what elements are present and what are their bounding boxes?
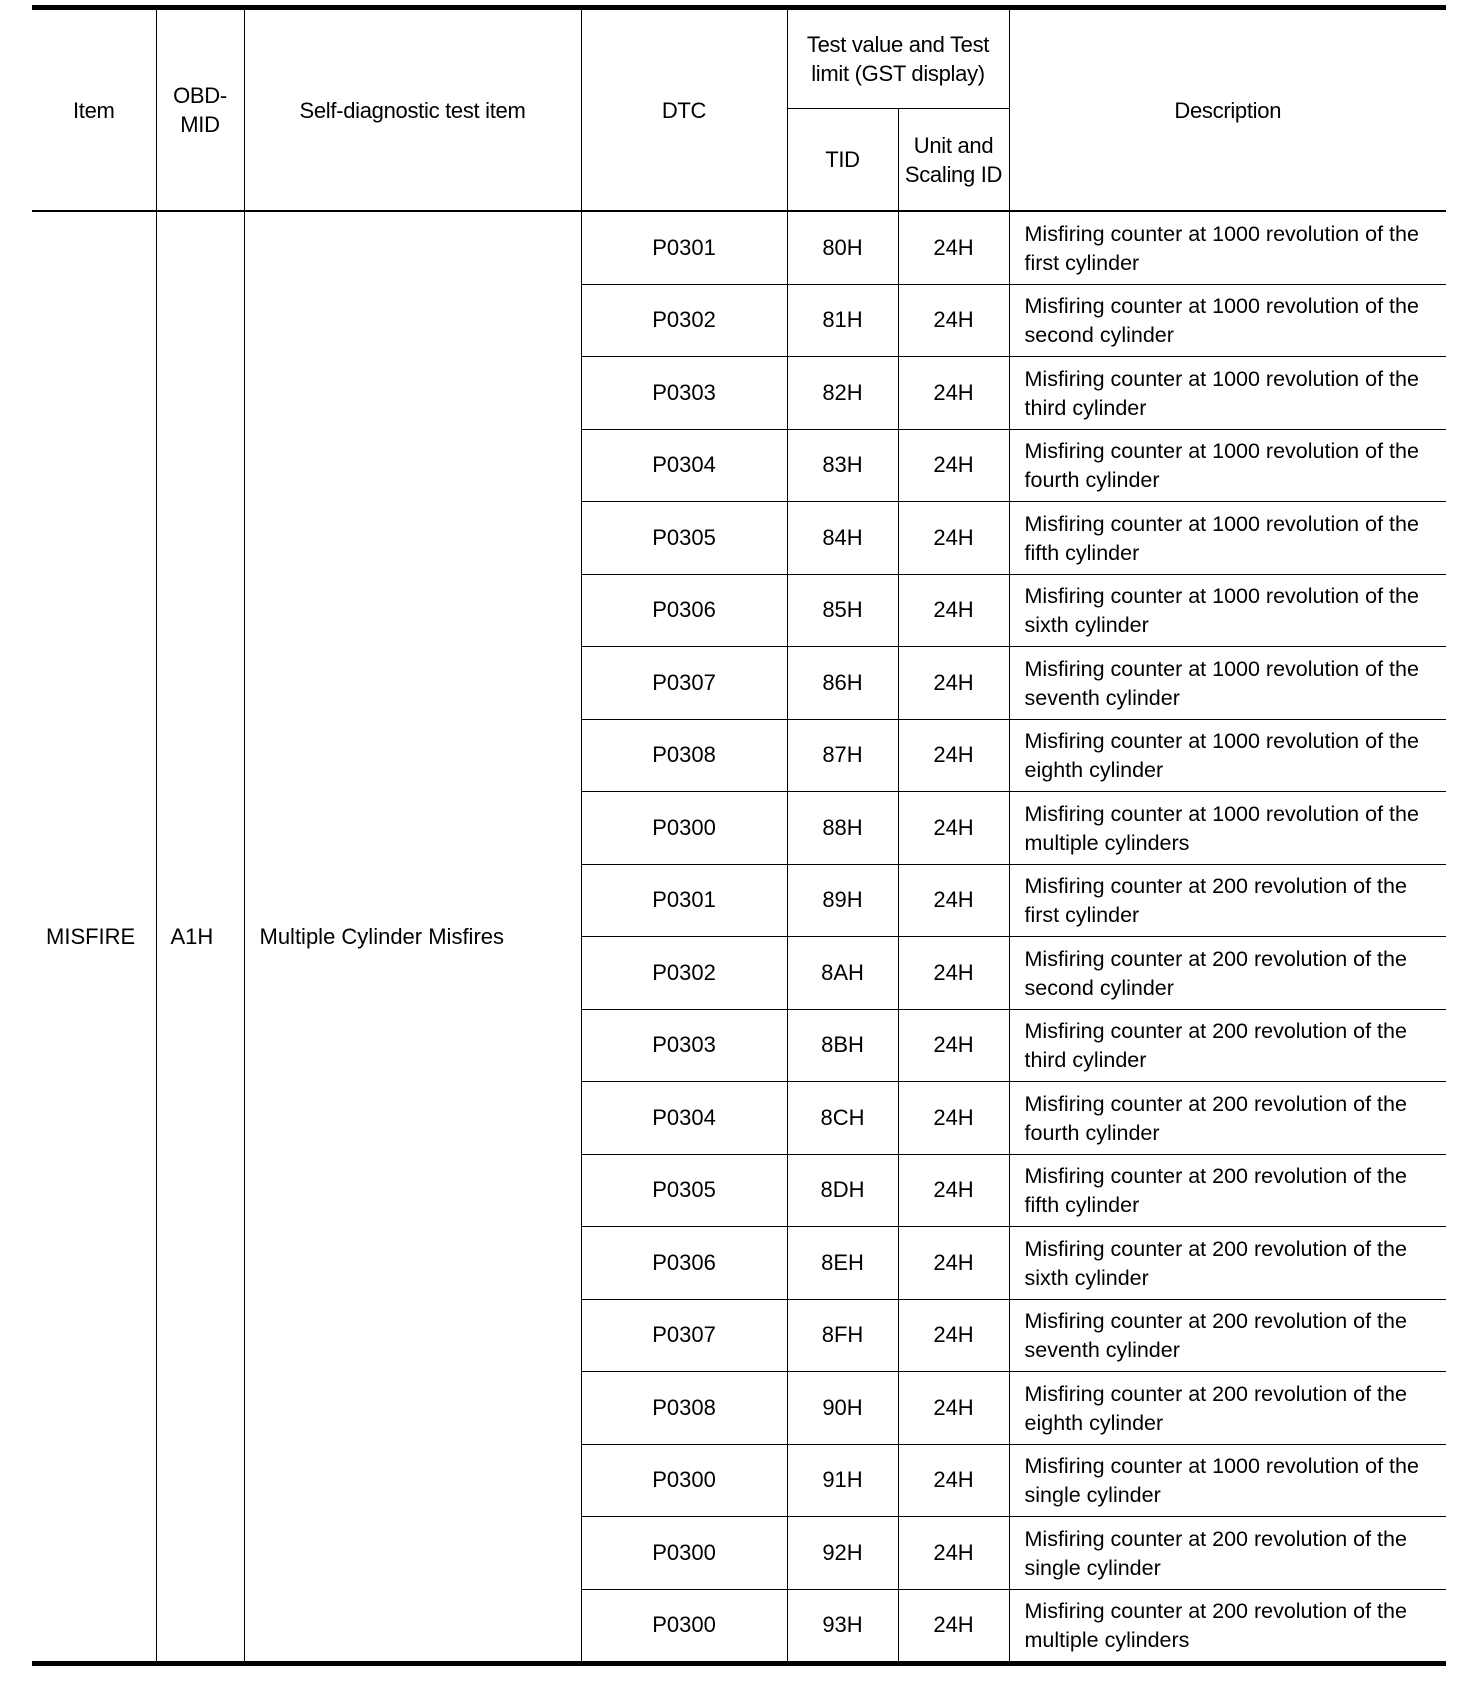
header-test-value-group: Test value and Test limit (GST display) <box>787 8 1009 109</box>
tid-cell: 8EH <box>787 1227 898 1300</box>
header-obd-mid-text: OBD-MID <box>170 81 230 139</box>
dtc-cell: P0300 <box>581 1589 787 1664</box>
dtc-cell: P0304 <box>581 1082 787 1155</box>
description-cell: Misfiring counter at 1000 revolution of … <box>1009 211 1446 284</box>
unit-scaling-id-cell: 24H <box>898 1082 1009 1155</box>
obd-mid-cell: A1H <box>156 211 244 1664</box>
description-cell: Misfiring counter at 1000 revolution of … <box>1009 357 1446 430</box>
dtc-cell: P0300 <box>581 1517 787 1590</box>
dtc-cell: P0300 <box>581 792 787 865</box>
unit-scaling-id-cell: 24H <box>898 284 1009 357</box>
item-cell: MISFIRE <box>32 211 156 1664</box>
unit-scaling-id-cell: 24H <box>898 647 1009 720</box>
tid-cell: 90H <box>787 1372 898 1445</box>
dtc-cell: P0304 <box>581 429 787 502</box>
dtc-cell: P0303 <box>581 1009 787 1082</box>
tid-cell: 84H <box>787 502 898 575</box>
header-dtc: DTC <box>581 8 787 212</box>
unit-scaling-id-cell: 24H <box>898 792 1009 865</box>
unit-scaling-id-cell: 24H <box>898 719 1009 792</box>
unit-scaling-id-cell: 24H <box>898 1589 1009 1664</box>
tid-cell: 8CH <box>787 1082 898 1155</box>
unit-scaling-id-cell: 24H <box>898 1154 1009 1227</box>
description-cell: Misfiring counter at 1000 revolution of … <box>1009 647 1446 720</box>
tid-cell: 91H <box>787 1444 898 1517</box>
tid-cell: 92H <box>787 1517 898 1590</box>
dtc-cell: P0301 <box>581 864 787 937</box>
description-cell: Misfiring counter at 200 revolution of t… <box>1009 864 1446 937</box>
tid-cell: 83H <box>787 429 898 502</box>
header-obd-mid: OBD-MID <box>156 8 244 212</box>
dtc-cell: P0305 <box>581 502 787 575</box>
description-cell: Misfiring counter at 200 revolution of t… <box>1009 1009 1446 1082</box>
dtc-cell: P0308 <box>581 1372 787 1445</box>
tid-cell: 8DH <box>787 1154 898 1227</box>
description-cell: Misfiring counter at 200 revolution of t… <box>1009 937 1446 1010</box>
header-test-value-text: Test value and Test limit (GST display) <box>807 32 989 86</box>
description-cell: Misfiring counter at 1000 revolution of … <box>1009 574 1446 647</box>
tid-cell: 8BH <box>787 1009 898 1082</box>
dtc-cell: P0305 <box>581 1154 787 1227</box>
unit-scaling-id-cell: 24H <box>898 1009 1009 1082</box>
dtc-cell: P0301 <box>581 211 787 284</box>
dtc-cell: P0302 <box>581 937 787 1010</box>
unit-scaling-id-cell: 24H <box>898 1299 1009 1372</box>
header-unit-scaling-id: Unit and Scaling ID <box>898 109 1009 211</box>
table-body: MISFIREA1HMultiple Cylinder MisfiresP030… <box>32 211 1446 1664</box>
description-cell: Misfiring counter at 1000 revolution of … <box>1009 719 1446 792</box>
dtc-cell: P0306 <box>581 1227 787 1300</box>
table-row: MISFIREA1HMultiple Cylinder MisfiresP030… <box>32 211 1446 284</box>
dtc-cell: P0302 <box>581 284 787 357</box>
description-cell: Misfiring counter at 200 revolution of t… <box>1009 1589 1446 1664</box>
unit-scaling-id-cell: 24H <box>898 864 1009 937</box>
header-tid: TID <box>787 109 898 211</box>
unit-scaling-id-cell: 24H <box>898 937 1009 1010</box>
tid-cell: 89H <box>787 864 898 937</box>
unit-scaling-id-cell: 24H <box>898 1227 1009 1300</box>
unit-scaling-id-cell: 24H <box>898 502 1009 575</box>
self-diagnostic-test-item-cell: Multiple Cylinder Misfires <box>244 211 581 1664</box>
dtc-cell: P0307 <box>581 1299 787 1372</box>
description-cell: Misfiring counter at 200 revolution of t… <box>1009 1082 1446 1155</box>
description-cell: Misfiring counter at 1000 revolution of … <box>1009 1444 1446 1517</box>
description-cell: Misfiring counter at 200 revolution of t… <box>1009 1154 1446 1227</box>
unit-scaling-id-cell: 24H <box>898 1444 1009 1517</box>
tid-cell: 8AH <box>787 937 898 1010</box>
description-cell: Misfiring counter at 200 revolution of t… <box>1009 1227 1446 1300</box>
tid-cell: 88H <box>787 792 898 865</box>
description-cell: Misfiring counter at 200 revolution of t… <box>1009 1299 1446 1372</box>
dtc-cell: P0303 <box>581 357 787 430</box>
table-header: Item OBD-MID Self-diagnostic test item D… <box>32 8 1446 212</box>
dtc-cell: P0307 <box>581 647 787 720</box>
unit-scaling-id-cell: 24H <box>898 429 1009 502</box>
tid-cell: 85H <box>787 574 898 647</box>
header-unit-scaling-text: Unit and Scaling ID <box>905 133 1002 187</box>
tid-cell: 93H <box>787 1589 898 1664</box>
description-cell: Misfiring counter at 1000 revolution of … <box>1009 792 1446 865</box>
dtc-cell: P0300 <box>581 1444 787 1517</box>
tid-cell: 86H <box>787 647 898 720</box>
unit-scaling-id-cell: 24H <box>898 1517 1009 1590</box>
tid-cell: 82H <box>787 357 898 430</box>
unit-scaling-id-cell: 24H <box>898 357 1009 430</box>
header-self-diagnostic-test-item: Self-diagnostic test item <box>244 8 581 212</box>
unit-scaling-id-cell: 24H <box>898 574 1009 647</box>
description-cell: Misfiring counter at 200 revolution of t… <box>1009 1372 1446 1445</box>
description-cell: Misfiring counter at 1000 revolution of … <box>1009 502 1446 575</box>
description-cell: Misfiring counter at 200 revolution of t… <box>1009 1517 1446 1590</box>
misfire-obd-mid-table: Item OBD-MID Self-diagnostic test item D… <box>32 5 1446 1666</box>
unit-scaling-id-cell: 24H <box>898 211 1009 284</box>
tid-cell: 81H <box>787 284 898 357</box>
tid-cell: 8FH <box>787 1299 898 1372</box>
description-cell: Misfiring counter at 1000 revolution of … <box>1009 429 1446 502</box>
header-description: Description <box>1009 8 1446 212</box>
unit-scaling-id-cell: 24H <box>898 1372 1009 1445</box>
dtc-cell: P0306 <box>581 574 787 647</box>
header-item: Item <box>32 8 156 212</box>
tid-cell: 87H <box>787 719 898 792</box>
description-cell: Misfiring counter at 1000 revolution of … <box>1009 284 1446 357</box>
dtc-cell: P0308 <box>581 719 787 792</box>
tid-cell: 80H <box>787 211 898 284</box>
